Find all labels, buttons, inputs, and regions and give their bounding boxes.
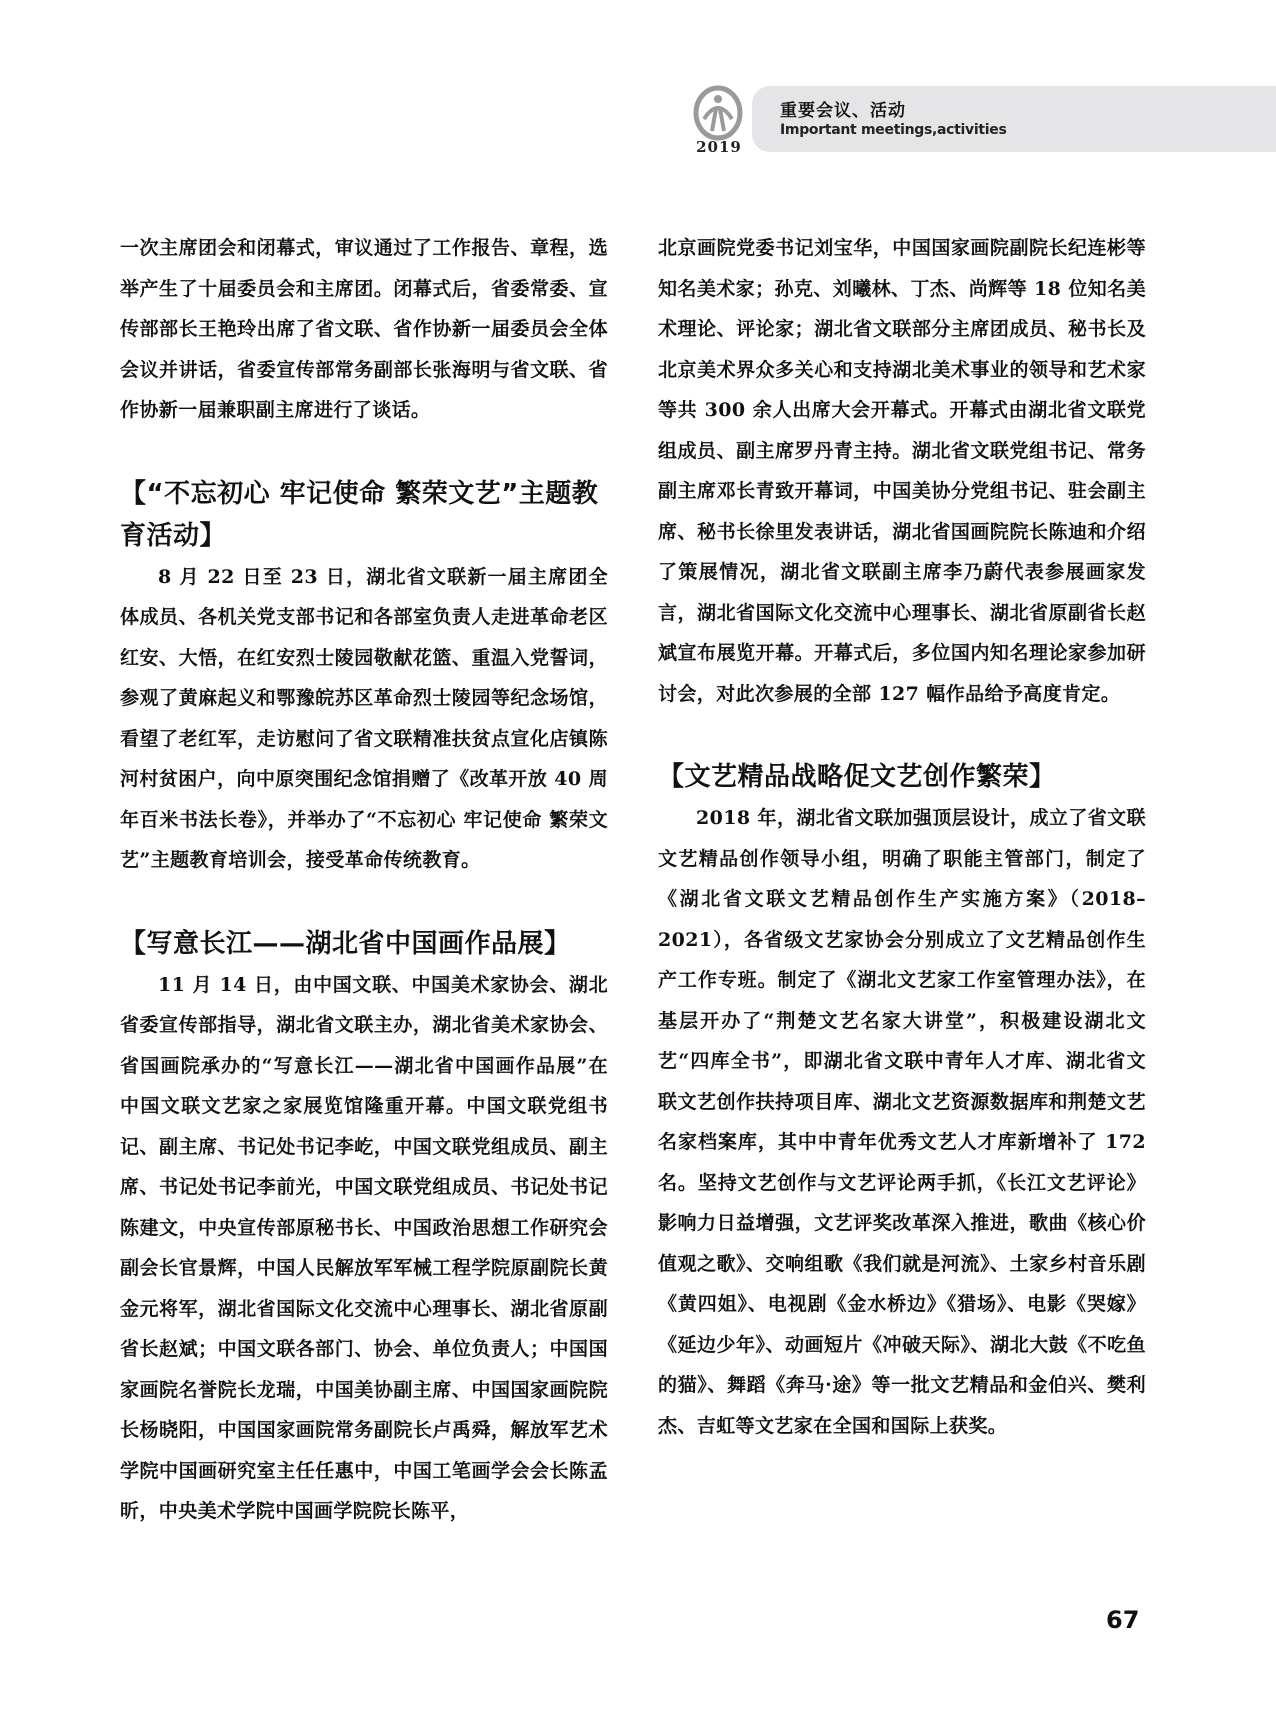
continuation-paragraph-right: 北京画院党委书记刘宝华，中国国家画院副院长纪连彬等知名美术家；孙克、刘曦林、丁杰… <box>658 228 1146 714</box>
page-number: 67 <box>1106 1606 1139 1634</box>
section-title-en: Important meetings,activities <box>780 122 1007 138</box>
section-title-cn: 重要会议、活动 <box>780 96 906 121</box>
year-label: 2019 <box>686 138 752 156</box>
section-body-yangtze-exhibition: 11 月 14 日，由中国文联、中国美术家协会、湖北省委宣传部指导，湖北省文联主… <box>120 965 608 1532</box>
continuation-paragraph: 一次主席团会和闭幕式，审议通过了工作报告、章程，选举产生了十届委员会和主席团。闭… <box>120 228 608 431</box>
section-heading-yangtze-exhibition: 【写意长江——湖北省中国画作品展】 <box>120 923 608 965</box>
right-column: 北京画院党委书记刘宝华，中国国家画院副院长纪连彬等知名美术家；孙克、刘曦林、丁杰… <box>658 228 1146 1446</box>
left-column: 一次主席团会和闭幕式，审议通过了工作报告、章程，选举产生了十届委员会和主席团。闭… <box>120 228 608 1532</box>
section-body-art-excellence: 2018 年，湖北省文联加强顶层设计，成立了省文联文艺精品创作领导小组，明确了职… <box>658 798 1146 1446</box>
section-heading-theme-education: 【“不忘初心 牢记使命 繁荣文艺”主题教育活动】 <box>120 473 608 557</box>
section-heading-art-excellence: 【文艺精品战略促文艺创作繁荣】 <box>658 756 1146 798</box>
section-banner: 重要会议、活动 Important meetings,activities <box>752 86 1276 152</box>
section-body-theme-education: 8 月 22 日至 23 日，湖北省文联新一届主席团全体成员、各机关党支部书记和… <box>120 557 608 881</box>
